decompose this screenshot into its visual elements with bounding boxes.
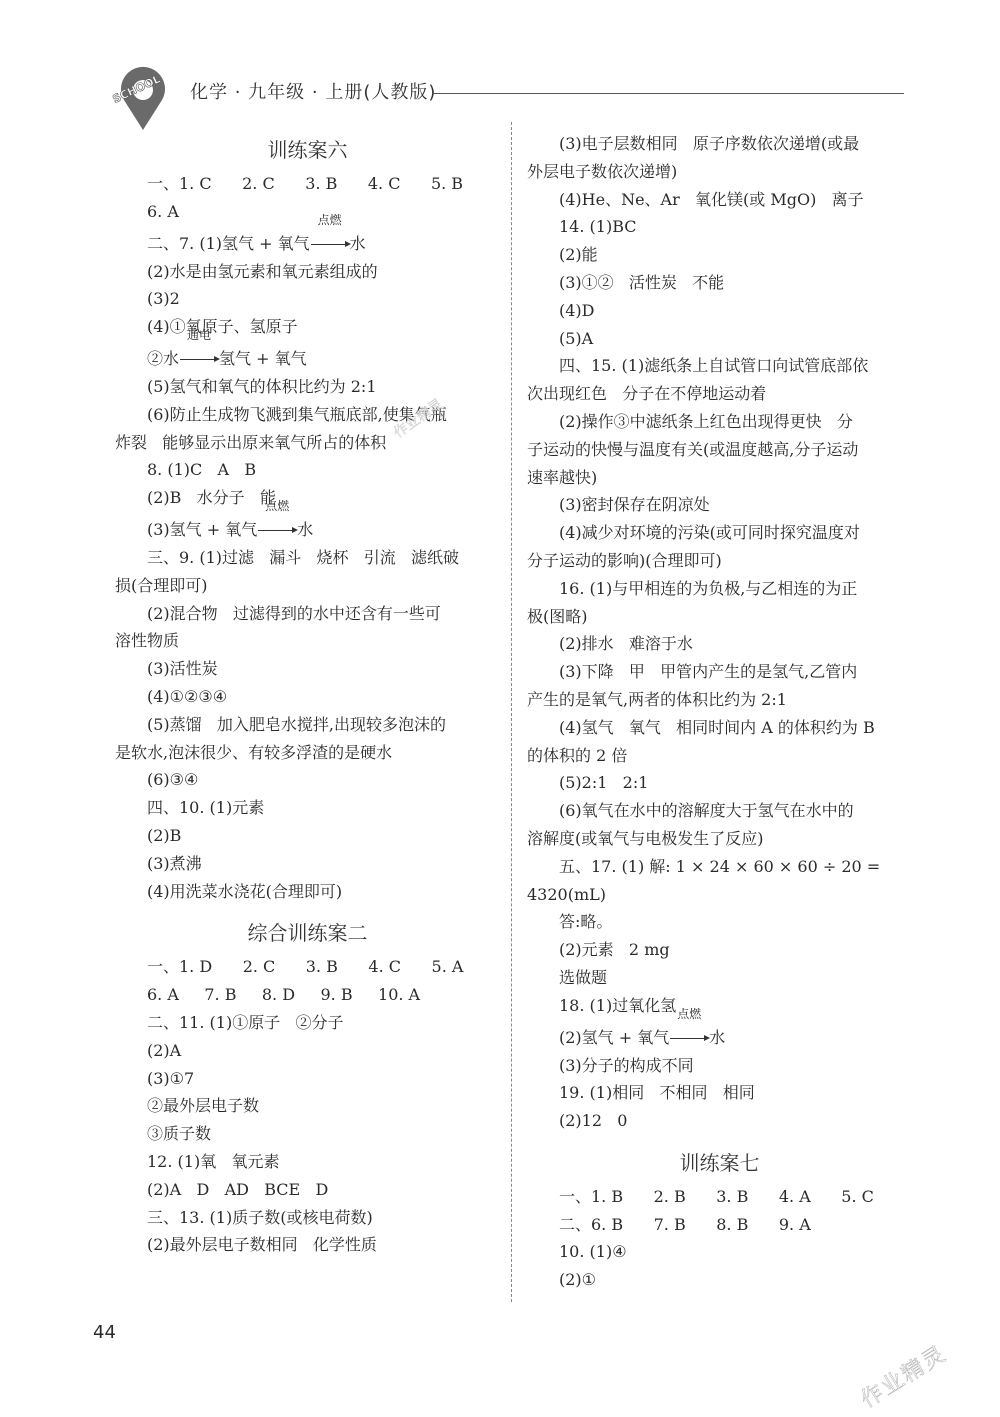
answer-line: 子运动的快慢与温度有关(或温度越高,分子运动	[527, 436, 912, 464]
equation-line: (3)氢气 + 氧气点燃水	[115, 512, 500, 544]
equation-reactants: ②水	[147, 349, 179, 368]
page-number: 44	[93, 1322, 116, 1343]
answer-line: (2)①	[527, 1266, 912, 1294]
reaction-condition: 点燃	[257, 500, 297, 512]
answer-line: (2)操作③中滤纸条上红色出现得更快 分	[527, 408, 912, 436]
answer-line: 10. (1)④	[527, 1238, 912, 1266]
reaction-arrow-icon: 通电	[179, 341, 219, 377]
equation-products: 水	[297, 520, 313, 539]
answer-line: (2)水是由氢元素和氧元素组成的	[115, 258, 500, 286]
answer-line: 答:略。	[527, 908, 912, 936]
equation-products: 水	[709, 1028, 725, 1047]
reaction-arrow-icon: 点燃	[310, 226, 350, 262]
page-header: SCHOOL 化学 · 九年级 · 上册(人教版)	[108, 60, 908, 130]
answer-line: (5)2:1 2:1	[527, 769, 912, 797]
answer-line: 溶性物质	[115, 627, 500, 655]
answer-line: 损(合理即可)	[115, 572, 500, 600]
equation-products: 氢气 + 氧气	[219, 349, 307, 368]
answer-line: 三、13. (1)质子数(或核电荷数)	[115, 1204, 500, 1232]
answer-line: 三、9. (1)过滤 漏斗 烧杯 引流 滤纸破	[115, 544, 500, 572]
equation-reactants: (3)氢气 + 氧气	[147, 520, 257, 539]
answer-line: (2)B 水分子 能	[115, 484, 500, 512]
reaction-condition: 通电	[179, 329, 219, 341]
equation-products: 水	[350, 234, 366, 253]
answer-line: (3)①② 活性炭 不能	[527, 269, 912, 297]
answer-line: (4)减少对环境的污染(或可同时探究温度对	[527, 519, 912, 547]
answer-line: (3)活性炭	[115, 655, 500, 683]
answer-line: (3)下降 甲 甲管内产生的是氢气,乙管内	[527, 658, 912, 686]
answer-line: (2)排水 难溶于水	[527, 630, 912, 658]
answer-line: 6. A	[115, 198, 500, 226]
answer-line: (3)①7	[115, 1065, 500, 1093]
reaction-arrow-icon: 点燃	[669, 1020, 709, 1056]
reaction-condition: 点燃	[669, 1008, 709, 1020]
answer-line: (4)①②③④	[115, 683, 500, 711]
answer-line: 19. (1)相同 不相同 相同	[527, 1079, 912, 1107]
answer-line: 是软水,泡沫很少、有较多浮渣的是硬水	[115, 739, 500, 767]
answer-line: 极(图略)	[527, 603, 912, 631]
reaction-arrow-icon: 点燃	[257, 512, 297, 548]
section-heading: 综合训练案二	[115, 913, 500, 953]
answer-line: (6)③④	[115, 766, 500, 794]
answer-line: (5)氢气和氧气的体积比约为 2:1	[115, 373, 500, 401]
section-heading: 训练案七	[527, 1143, 912, 1183]
answer-line: 外层电子数依次递增)	[527, 158, 912, 186]
answer-line: ②最外层电子数	[115, 1092, 500, 1120]
answer-line: (4)用洗菜水浇花(合理即可)	[115, 878, 500, 906]
answer-line: 14. (1)BC	[527, 213, 912, 241]
answer-line: (2)A D AD BCE D	[115, 1176, 500, 1204]
column-divider	[511, 122, 512, 1302]
equation-line: 二、7. (1)氢气 + 氧气点燃水	[115, 226, 500, 258]
answer-line: (5)A	[527, 325, 912, 353]
answer-line: (2)元素 2 mg	[527, 936, 912, 964]
answer-line: (3)密封保存在阴凉处	[527, 491, 912, 519]
answer-line: (3)2	[115, 285, 500, 313]
answer-line: 12. (1)氧 氧元素	[115, 1148, 500, 1176]
right-column: (3)电子层数相同 原子序数依次递增(或最外层电子数依次递增)(4)He、Ne、…	[527, 130, 912, 1294]
answer-line: (4)①氧原子、氢原子	[115, 313, 500, 341]
left-column: 训练案六一、1. C 2. C 3. B 4. C 5. B6. A二、7. (…	[115, 130, 500, 1259]
answer-line: 产生的是氧气,两者的体积比约为 2:1	[527, 686, 912, 714]
answer-line: 选做题	[527, 964, 912, 992]
watermark: 作业精灵	[854, 1337, 952, 1414]
answer-line: (3)分子的构成不同	[527, 1052, 912, 1080]
answer-line: 一、1. B 2. B 3. B 4. A 5. C	[527, 1183, 912, 1211]
answer-line: 二、6. B 7. B 8. B 9. A	[527, 1211, 912, 1239]
answer-line: (4)He、Ne、Ar 氧化镁(或 MgO) 离子	[527, 186, 912, 214]
equation-line: (2)氢气 + 氧气点燃水	[527, 1020, 912, 1052]
answer-line: (4)D	[527, 297, 912, 325]
answer-line: (6)氧气在水中的溶解度大于氢气在水中的	[527, 797, 912, 825]
equation-line: ②水通电氢气 + 氧气	[115, 341, 500, 373]
equation-reactants: 二、7. (1)氢气 + 氧气	[147, 234, 310, 253]
answer-line: 的体积的 2 倍	[527, 742, 912, 770]
answer-line: 6. A 7. B 8. D 9. B 10. A	[115, 981, 500, 1009]
answer-line: ③质子数	[115, 1120, 500, 1148]
answer-line: 速率越快)	[527, 464, 912, 492]
answer-line: 分子运动的影响)(合理即可)	[527, 547, 912, 575]
answer-line: (2)B	[115, 822, 500, 850]
answer-line: 四、10. (1)元素	[115, 794, 500, 822]
answer-line: 二、11. (1)①原子 ②分子	[115, 1009, 500, 1037]
header-rule	[434, 93, 904, 94]
answer-line: 18. (1)过氧化氢	[527, 992, 912, 1020]
answer-line: (4)氢气 氧气 相同时间内 A 的体积约为 B	[527, 714, 912, 742]
section-heading: 训练案六	[115, 130, 500, 170]
answer-line: (2)混合物 过滤得到的水中还含有一些可	[115, 600, 500, 628]
answer-line: 溶解度(或氧气与电极发生了反应)	[527, 825, 912, 853]
reaction-condition: 点燃	[310, 214, 350, 226]
equation-reactants: (2)氢气 + 氧气	[559, 1028, 669, 1047]
answer-line: (2)A	[115, 1037, 500, 1065]
answer-line: (2)12 0	[527, 1107, 912, 1135]
answer-line: (3)煮沸	[115, 850, 500, 878]
answer-line: 次出现红色 分子在不停地运动着	[527, 380, 912, 408]
answer-line: (5)蒸馏 加入肥皂水搅拌,出现较多泡沫的	[115, 711, 500, 739]
answer-line: 16. (1)与甲相连的为负极,与乙相连的为正	[527, 575, 912, 603]
answer-line: 一、1. C 2. C 3. B 4. C 5. B	[115, 170, 500, 198]
answer-line: (2)能	[527, 241, 912, 269]
answer-line: 4320(mL)	[527, 881, 912, 909]
answer-line: 炸裂 能够显示出原来氧气所占的体积	[115, 429, 500, 457]
book-title: 化学 · 九年级 · 上册(人教版)	[190, 78, 436, 104]
answer-line: 四、15. (1)滤纸条上自试管口向试管底部依	[527, 352, 912, 380]
answer-line: 一、1. D 2. C 3. B 4. C 5. A	[115, 953, 500, 981]
answer-line: (2)最外层电子数相同 化学性质	[115, 1231, 500, 1259]
school-logo-icon: SCHOOL	[108, 60, 178, 135]
answer-line: (3)电子层数相同 原子序数依次递增(或最	[527, 130, 912, 158]
answer-line: 五、17. (1) 解: 1 × 24 × 60 × 60 ÷ 20 =	[527, 853, 912, 881]
answer-line: 8. (1)C A B	[115, 456, 500, 484]
